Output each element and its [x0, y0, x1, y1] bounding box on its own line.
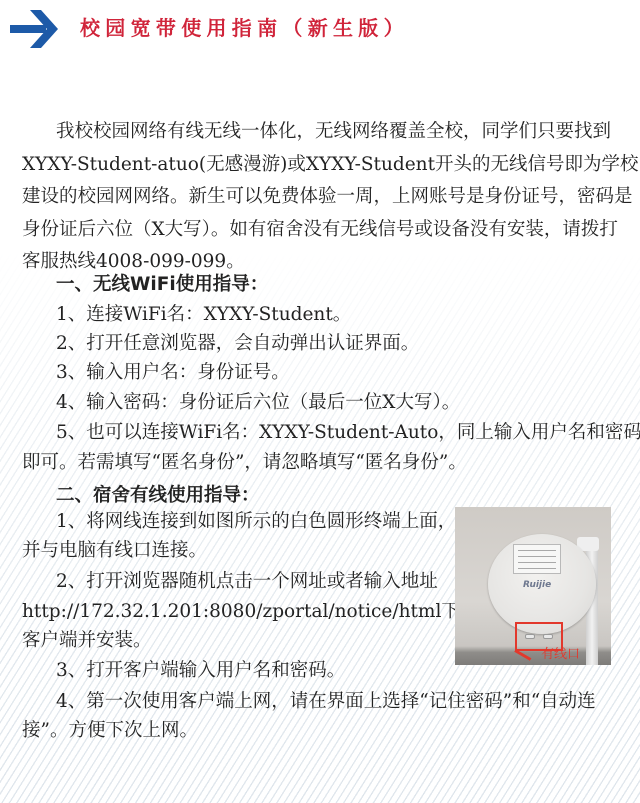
device-sticker	[513, 544, 561, 574]
ethernet-port-icon	[525, 634, 535, 639]
wired-step-1: 1、将网线连接到如图所示的白色圆形终端上面，	[56, 507, 456, 537]
intro-paragraph: 我校校园网络有线无线一体化，无线网络覆盖全校，同学们只要找到 XYXY-Stud…	[22, 116, 620, 279]
port-annotation: 有线口	[541, 643, 580, 662]
intro-line: 身份证后六位（X大写）。如有宿舍没有无线信号或设备没有安装，请拨打	[22, 214, 620, 247]
ethernet-port-icon	[543, 634, 553, 639]
wifi-step-3: 3、输入用户名：身份证号。	[56, 358, 290, 388]
right-arrow-icon	[10, 10, 60, 48]
wifi-section-heading: 一、无线WiFi使用指导：	[56, 270, 268, 300]
wired-step-2-url-line: http://172.32.1.201:8080/zportal/notice/…	[22, 597, 515, 627]
wifi-step-2: 2、打开任意浏览器，会自动弹出认证界面。	[56, 329, 419, 359]
wired-step-1-continuation: 并与电脑有线口连接。	[22, 536, 207, 566]
intro-line: XYXY-Student-atuo(无感漫游)或XYXY-Student开头的无…	[22, 149, 620, 182]
wired-step-2-continuation: 客户端并安装。	[22, 626, 152, 656]
intro-line: 我校校园网络有线无线一体化，无线网络覆盖全校，同学们只要找到	[22, 116, 620, 149]
wifi-step-5-continuation: 即可。若需填写“匿名身份”，请忽略填写“匿名身份”。	[22, 448, 467, 478]
page-header: 校园宽带使用指南（新生版）	[0, 0, 640, 60]
wifi-step-4: 4、输入密码：身份证后六位（最后一位X大写）。	[56, 388, 460, 418]
wired-step-2: 2、打开浏览器随机点击一个网址或者输入地址	[56, 567, 438, 597]
terminal-photo: Ruijie 有线口	[455, 507, 611, 665]
wired-step-4: 4、第一次使用客户端上网，请在界面上选择“记住密码”和“自动连	[56, 687, 596, 717]
wifi-step-1: 1、连接WiFi名：XYXY-Student。	[56, 300, 351, 330]
wifi-step-5: 5、也可以连接WiFi名：XYXY-Student-Auto，同上输入用户名和密…	[56, 418, 640, 448]
wired-step-3: 3、打开客户端输入用户名和密码。	[56, 656, 345, 686]
wired-step-4-continuation: 接”。方便下次上网。	[22, 716, 198, 746]
brand-logo: Ruijie	[523, 580, 551, 590]
page-title: 校园宽带使用指南（新生版）	[80, 14, 409, 42]
intro-line: 建设的校园网网络。新生可以免费体验一周，上网账号是身份证号，密码是	[22, 181, 620, 214]
